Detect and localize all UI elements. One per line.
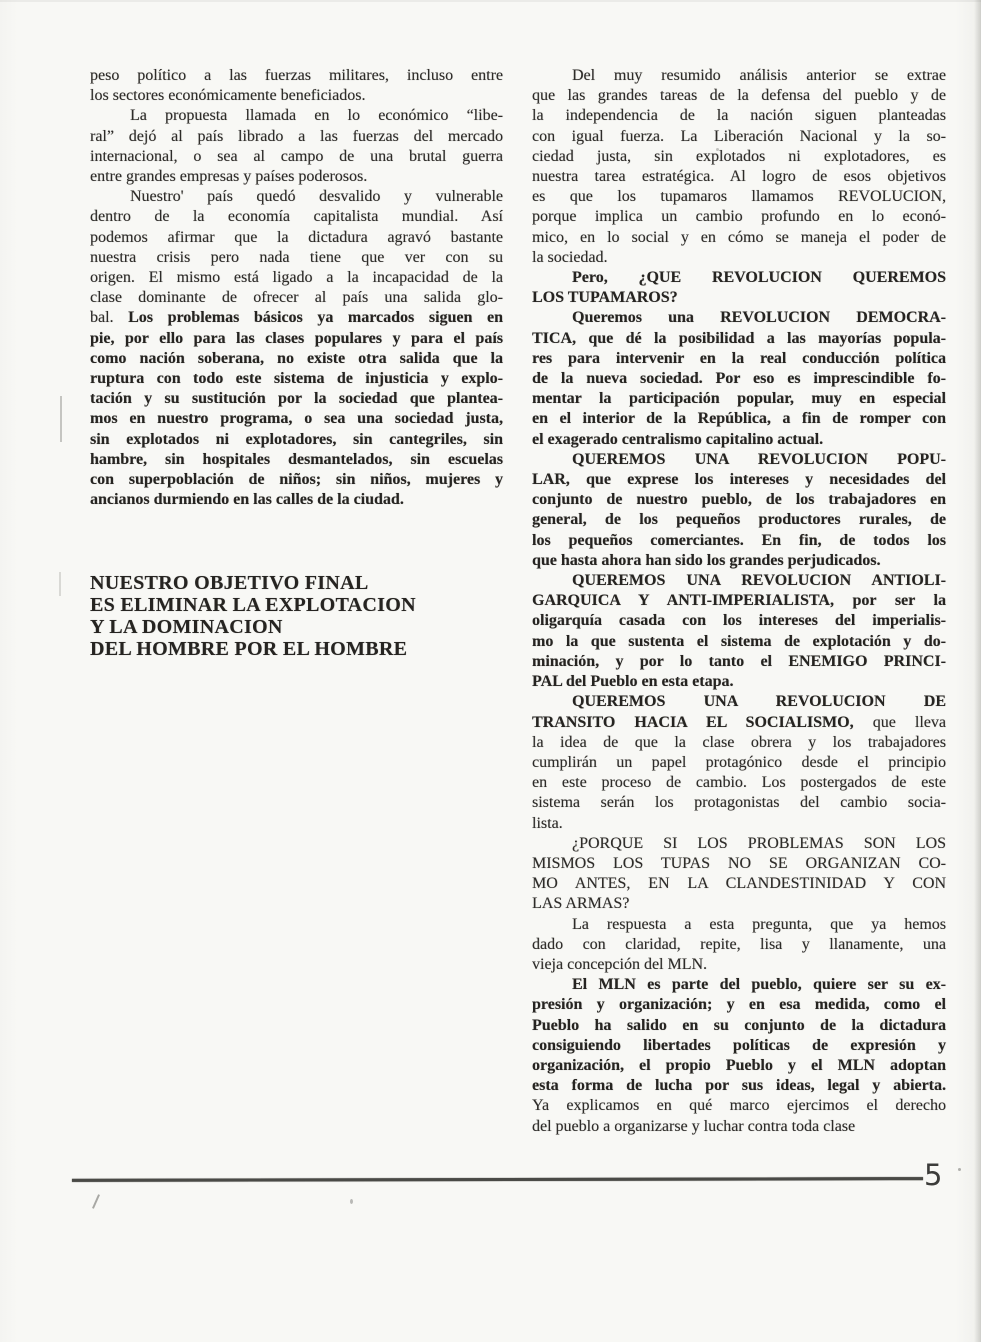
text-line: res para intervenir en la real conducció… xyxy=(532,349,946,369)
paragraph: QUEREMOS UNA REVOLUCION DETRANSITO HACIA… xyxy=(532,692,946,833)
text-line: Del muy resumido análisis anterior se ex… xyxy=(532,66,946,86)
text-line: ral” dejó al país librado a las fuerzas … xyxy=(90,127,503,147)
paragraph: El MLN es parte del pueblo, quiere ser s… xyxy=(532,975,946,1137)
text-line: QUEREMOS UNA REVOLUCION DE xyxy=(532,692,946,712)
paragraph: Queremos una REVOLUCION DEMOCRA-TICA, qu… xyxy=(532,308,946,449)
text-line: TICA, que dé la posibilidad a las mayorí… xyxy=(532,329,946,349)
text-line: dentro de la economía capitalista mundia… xyxy=(90,207,503,227)
text-line: nuestra crisis pero nada tiene que ver c… xyxy=(90,248,503,268)
text-line: mentar la participación popular, muy en … xyxy=(532,389,946,409)
text-line: TRANSITO HACIA EL SOCIALISMO, que lleva xyxy=(532,713,946,733)
text-line: bal. Los problemas básicos ya marcados s… xyxy=(90,308,503,328)
text-line: origen. El mismo está ligado a la incapa… xyxy=(90,268,503,288)
scanned-document-page: peso político a las fuerzas militares, i… xyxy=(0,0,981,1342)
text-line: como nación soberana, no existe otra sal… xyxy=(90,349,503,369)
text-line: MISMOS LOS TUPAS NO SE ORGANIZAN CO- xyxy=(532,854,946,874)
text-line: minación, y por lo tanto el ENEMIGO PRIN… xyxy=(532,652,946,672)
text-line: clase dominante de ofrecer al país una s… xyxy=(90,288,503,308)
text-line: organización, el propio Pueblo y el MLN … xyxy=(532,1056,946,1076)
text-line: con igual fuerza. La Liberación Nacional… xyxy=(532,127,946,147)
text-line: Pueblo ha salido en su conjunto de la di… xyxy=(532,1016,946,1036)
text-line: nuestra tarea estratégica. Al logro de e… xyxy=(532,167,946,187)
text-line: los pequeños comerciantes. En fin, de to… xyxy=(532,531,946,551)
text-line: presión y organización; y en esa medida,… xyxy=(532,995,946,1015)
text-line: la independencia de la nación siguen pla… xyxy=(532,106,946,126)
text-line: porque implica un cambio profundo en lo … xyxy=(532,207,946,227)
text-line: ciedad justa, sin explotados ni explotad… xyxy=(532,147,946,167)
text-line: GARQUICA Y ANTI-IMPERIALISTA, por ser la xyxy=(532,591,946,611)
scan-artifact xyxy=(92,1194,100,1209)
text-line: tación y su sustitución por la sociedad … xyxy=(90,389,503,409)
text-line: la sociedad. xyxy=(532,248,946,268)
footer-rule xyxy=(72,1177,923,1182)
text-line: hambre, sin hospitales desmantelados, si… xyxy=(90,450,503,470)
text-line: entre grandes empresas y países poderoso… xyxy=(90,167,503,187)
text-line: de la nueva sociedad. Por eso es impresc… xyxy=(532,369,946,389)
page-number: 5 xyxy=(924,1158,942,1192)
text-line: sin explotados ni explotadores, sin cant… xyxy=(90,430,503,450)
paragraph: Pero, ¿QUE REVOLUCION QUEREMOSLOS TUPAMA… xyxy=(532,268,946,308)
text-line: DEL HOMBRE POR EL HOMBRE xyxy=(90,638,503,660)
text-line: del pueblo a organizarse y luchar contra… xyxy=(532,1117,946,1137)
text-line: LAS ARMAS? xyxy=(532,894,946,914)
text-line: ancianos durmiendo en las calles de la c… xyxy=(90,490,503,510)
text-line: La propuesta llamada en lo económico “li… xyxy=(90,106,503,126)
text-line: MO ANTES, EN LA CLANDESTINIDAD Y CON xyxy=(532,874,946,894)
text-line: Ya explicamos en qué marco ejercimos el … xyxy=(532,1096,946,1116)
text-line: vieja concepción del MLN. xyxy=(532,955,946,975)
scan-artifact xyxy=(716,148,719,151)
text-line: ruptura con todo este sistema de injusti… xyxy=(90,369,503,389)
text-line: PAL del Pueblo en esta etapa. xyxy=(532,672,946,692)
text-line: general, de los pequeños productores rur… xyxy=(532,510,946,530)
text-line: en este proceso de cambio. Los postergad… xyxy=(532,773,946,793)
scan-artifact xyxy=(59,572,61,596)
paragraph: QUEREMOS UNA REVOLUCION POPU-LAR, que ex… xyxy=(532,450,946,571)
text-line: LAR, que exprese los intereses y necesid… xyxy=(532,470,946,490)
text-line: la idea de que la clase obrera y los tra… xyxy=(532,733,946,753)
text-line: oligarquía casada con los intereses del … xyxy=(532,611,946,631)
scan-artifact xyxy=(958,1168,961,1171)
text-line: ¿PORQUE SI LOS PROBLEMAS SON LOS xyxy=(532,834,946,854)
text-line: mos en nuestro programa, o sea una socie… xyxy=(90,409,503,429)
text-line: que hasta ahora han sido los grandes per… xyxy=(532,551,946,571)
text-line: Nuestro' país quedó desvalido y vulnerab… xyxy=(90,187,503,207)
text-line: consiguiendo libertades políticas de exp… xyxy=(532,1036,946,1056)
text-line: Pero, ¿QUE REVOLUCION QUEREMOS xyxy=(532,268,946,288)
text-line: Y LA DOMINACION xyxy=(90,616,503,638)
text-line: ES ELIMINAR LA EXPLOTACION xyxy=(90,594,503,616)
text-line: internacional, o sea al campo de una bru… xyxy=(90,147,503,167)
right-column: Del muy resumido análisis anterior se ex… xyxy=(532,66,946,1137)
text-line: pie, por ello para las clases populares … xyxy=(90,329,503,349)
scan-artifact xyxy=(60,396,62,442)
text-line: NUESTRO OBJETIVO FINAL xyxy=(90,572,503,594)
text-line: es que los tupamaros llamamos REVOLUCION… xyxy=(532,187,946,207)
text-line: mo la que sustenta el sistema de explota… xyxy=(532,632,946,652)
text-line: El MLN es parte del pueblo, quiere ser s… xyxy=(532,975,946,995)
text-line: Queremos una REVOLUCION DEMOCRA- xyxy=(532,308,946,328)
section-heading: NUESTRO OBJETIVO FINALES ELIMINAR LA EXP… xyxy=(90,572,503,660)
text-line: los sectores económicamente beneficiados… xyxy=(90,86,503,106)
text-line: que las grandes tareas de la defensa del… xyxy=(532,86,946,106)
paragraph: QUEREMOS UNA REVOLUCION ANTIOLI-GARQUICA… xyxy=(532,571,946,692)
text-line: mico, en lo social y en cómo se maneja e… xyxy=(532,228,946,248)
paragraph: La propuesta llamada en lo económico “li… xyxy=(90,106,503,187)
text-line: peso político a las fuerzas militares, i… xyxy=(90,66,503,86)
text-line: cumplirán un papel protagónico desde el … xyxy=(532,753,946,773)
text-line: esta forma de lucha por sus ideas, legal… xyxy=(532,1076,946,1096)
scan-artifact xyxy=(350,1199,353,1204)
paragraph: La respuesta a esta pregunta, que ya hem… xyxy=(532,915,946,976)
text-line: QUEREMOS UNA REVOLUCION POPU- xyxy=(532,450,946,470)
text-line: podemos afirmar que la dictadura agravó … xyxy=(90,228,503,248)
text-line: el exagerado centralismo capitalino actu… xyxy=(532,430,946,450)
text-line: sistema serán los protagonistas del camb… xyxy=(532,793,946,813)
text-line: lista. xyxy=(532,814,946,834)
paragraph: Nuestro' país quedó desvalido y vulnerab… xyxy=(90,187,503,510)
text-line: dado con claridad, repite, lisa y llanam… xyxy=(532,935,946,955)
text-line: QUEREMOS UNA REVOLUCION ANTIOLI- xyxy=(532,571,946,591)
text-line: conjunto de nuestro pueblo, de los traba… xyxy=(532,490,946,510)
text-line: en el interior de la República, a fin de… xyxy=(532,409,946,429)
paragraph: ¿PORQUE SI LOS PROBLEMAS SON LOSMISMOS L… xyxy=(532,834,946,915)
left-column: peso político a las fuerzas militares, i… xyxy=(90,66,503,660)
text-line: La respuesta a esta pregunta, que ya hem… xyxy=(532,915,946,935)
paragraph: peso político a las fuerzas militares, i… xyxy=(90,66,503,106)
paragraph: Del muy resumido análisis anterior se ex… xyxy=(532,66,946,268)
text-line: LOS TUPAMAROS? xyxy=(532,288,946,308)
text-line: con superpoblación de niños; sin niños, … xyxy=(90,470,503,490)
